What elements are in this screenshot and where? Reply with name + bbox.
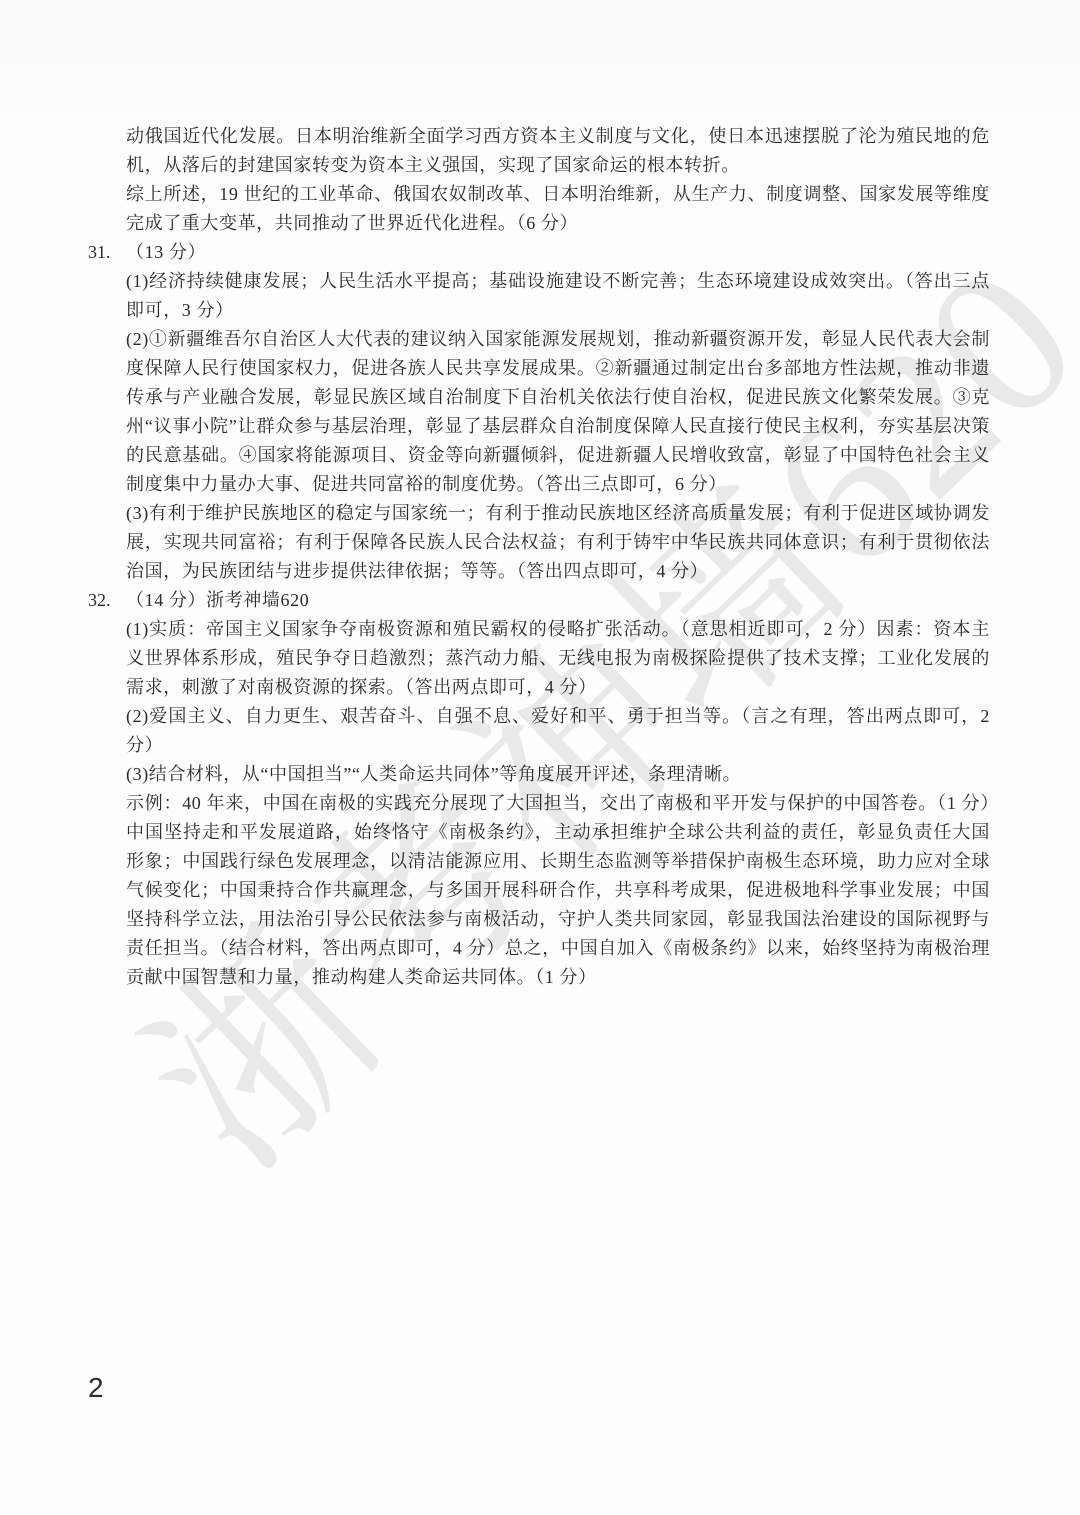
question-31-header: 31.（13 分） (126, 238, 990, 267)
answer-32-example-paragraph: 示例：40 年来，中国在南极的实践充分展现了大国担当，交出了南极和平开发与保护的… (126, 789, 990, 992)
question-31-number: 31. (88, 238, 111, 267)
answer-32-part1: (1)实质：帝国主义国家争夺南极资源和殖民霸权的侵略扩张活动。（意思相近即可，2… (126, 615, 990, 702)
question-31-score: （13 分） (126, 242, 206, 262)
question-32-header: 32.（14 分）浙考神墙620 (126, 586, 990, 615)
question-32-score: （14 分）浙考神墙620 (126, 590, 309, 610)
page-number: 2 (88, 1372, 104, 1404)
answer-30-summary-paragraph: 综上所述，19 世纪的工业革命、俄国农奴制改革、日本明治维新，从生产力、制度调整… (126, 180, 990, 238)
answer-30-continuation-paragraph: 动俄国近代化发展。日本明治维新全面学习西方资本主义制度与文化，使日本迅速摆脱了沦… (126, 122, 990, 180)
answer-sheet-content: 动俄国近代化发展。日本明治维新全面学习西方资本主义制度与文化，使日本迅速摆脱了沦… (126, 122, 990, 992)
answer-32-part2: (2)爱国主义、自力更生、艰苦奋斗、自强不息、爱好和平、勇于担当等。（言之有理，… (126, 702, 990, 760)
answer-31-part1: (1)经济持续健康发展；人民生活水平提高；基础设施建设不断完善；生态环境建设成效… (126, 267, 990, 325)
document-page: 浙考神墙620 动俄国近代化发展。日本明治维新全面学习西方资本主义制度与文化，使… (0, 0, 1080, 1515)
question-32-number: 32. (88, 586, 111, 615)
answer-32-part3: (3)结合材料，从“中国担当”“人类命运共同体”等角度展开评述，条理清晰。 (126, 760, 990, 789)
answer-31-part2: (2)①新疆维吾尔自治区人大代表的建议纳入国家能源发展规划，推动新疆资源开发，彰… (126, 325, 990, 499)
answer-31-part3: (3)有利于维护民族地区的稳定与国家统一；有利于推动民族地区经济高质量发展；有利… (126, 499, 990, 586)
